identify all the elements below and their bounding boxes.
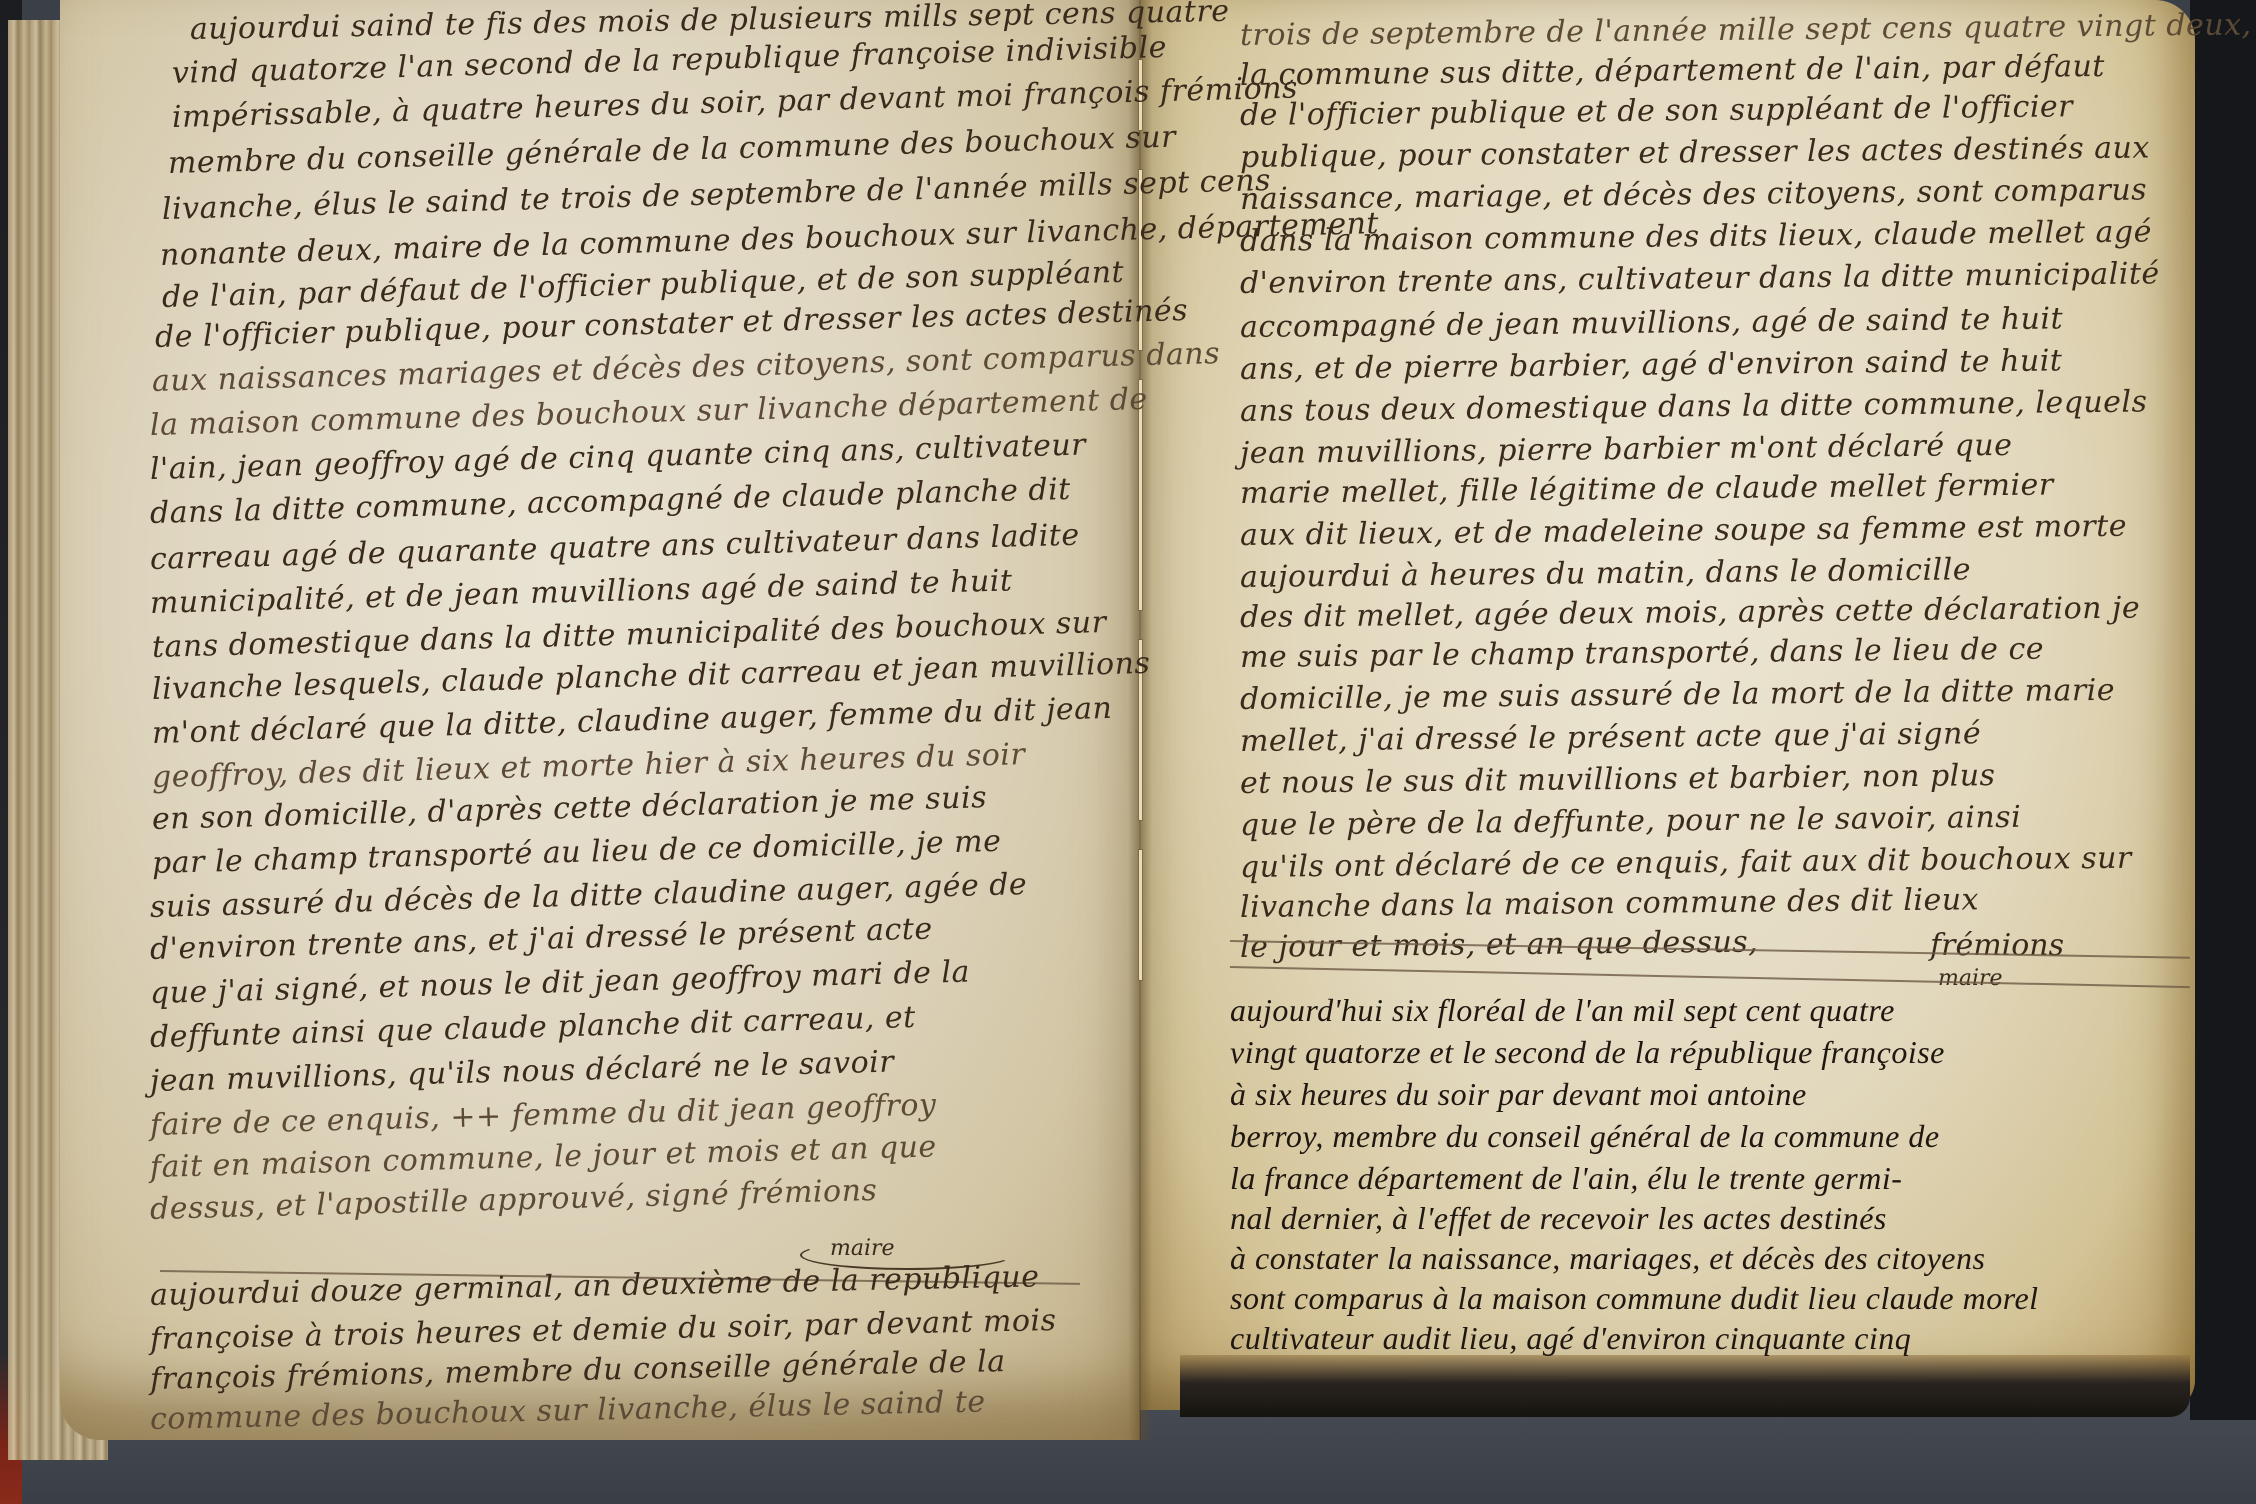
text-line: cultivateur audit lieu, agé d'environ ci… (1230, 1320, 1911, 1357)
binding-stitch (1139, 850, 1142, 980)
text-line: sont comparus à la maison commune dudit … (1230, 1280, 2039, 1317)
book-cover-right (2190, 0, 2256, 1420)
text-line: à constater la naissance, mariages, et d… (1230, 1240, 1985, 1277)
text-line: vingt quatorze et le second de la républ… (1230, 1034, 1945, 1071)
text-line: nal dernier, à l'effet de recevoir les a… (1230, 1200, 1887, 1237)
text-line: aujourd'hui six floréal de l'an mil sept… (1230, 992, 1895, 1029)
signature-fremions: frémions (1930, 928, 2064, 963)
text-line: berroy, membre du conseil général de la … (1230, 1118, 1940, 1155)
damaged-page-edge (1180, 1355, 2190, 1417)
text-line: à six heures du soir par devant moi anto… (1230, 1076, 1807, 1113)
signature-title: maire (1938, 966, 2003, 991)
text-line: la france département de l'ain, élu le t… (1230, 1160, 1902, 1197)
